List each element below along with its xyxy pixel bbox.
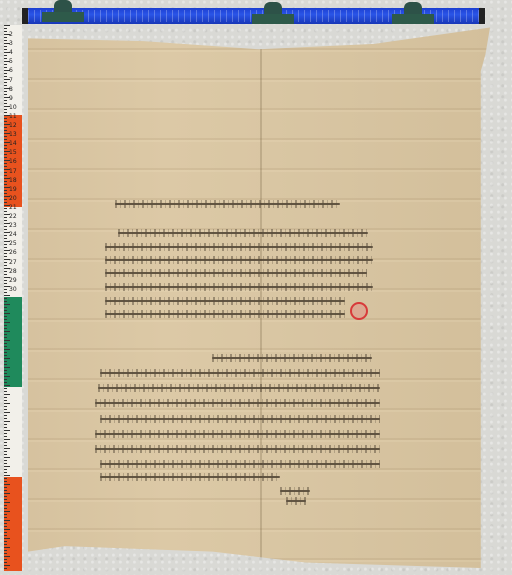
ruler-tick [4, 550, 7, 551]
ruler-tick [4, 541, 7, 542]
ruler-label: 24 [9, 231, 17, 238]
ruler-tick [4, 334, 7, 335]
ruler-tick [4, 37, 7, 38]
ruler-tick [4, 316, 7, 317]
ruler-tick [4, 229, 7, 230]
ruler-tick [4, 208, 7, 209]
ruler-label: 13 [9, 131, 17, 138]
ruler-tick [4, 559, 7, 560]
ruler-tick [4, 244, 7, 245]
ruler-tick [4, 310, 7, 311]
ruler-tick [4, 139, 7, 140]
ruler-tick [4, 382, 7, 383]
ruler-tick [4, 307, 7, 308]
ruler-tick [4, 292, 7, 293]
manuscript-page [28, 22, 490, 568]
ruler-tick [4, 517, 7, 518]
ruler-label: 8 [9, 86, 13, 93]
ruler-tick [4, 460, 7, 461]
ruler-tick [4, 427, 7, 428]
script-line [115, 203, 340, 205]
ruler-label: 21 [9, 204, 17, 211]
ruler-tick [4, 253, 7, 254]
ruler-tick [4, 433, 7, 434]
ruler-tick [4, 103, 7, 104]
script-line [105, 246, 373, 248]
ruler-tick [4, 553, 7, 554]
ruler-tick [4, 547, 10, 548]
ruler-tick [4, 352, 7, 353]
ruler-tick [4, 325, 7, 326]
ruler-tick [4, 436, 7, 437]
ruler-tick [4, 400, 7, 401]
ruler-tick [4, 295, 10, 296]
ruler-tick [4, 496, 7, 497]
script-line [100, 463, 380, 465]
ruler-label: 12 [9, 122, 17, 129]
ruler-tick [4, 235, 7, 236]
ruler-tick [4, 340, 10, 341]
ruler-label: 9 [9, 95, 13, 102]
ruler-tick [4, 361, 7, 362]
ruler-tick [4, 481, 7, 482]
ruler-label: 4 [9, 49, 13, 56]
ruler-tick [4, 475, 10, 476]
ruler-tick [4, 136, 7, 137]
ruler-tick [4, 457, 10, 458]
ruler-tick [4, 445, 7, 446]
ruler-tick [4, 190, 7, 191]
ruler-tick [4, 526, 7, 527]
ruler-tick [4, 508, 7, 509]
script-line [98, 387, 380, 389]
ruler-tick [4, 58, 7, 59]
ruler-tick [4, 85, 7, 86]
ruler-tick [4, 289, 7, 290]
ruler-label: 14 [9, 140, 17, 147]
ruler-tick [4, 163, 7, 164]
ruler-tick [4, 256, 7, 257]
ruler-tick [4, 442, 7, 443]
ruler-tick [4, 184, 7, 185]
ruler-tick [4, 478, 7, 479]
ruler-tick [4, 283, 7, 284]
ruler-tick [4, 391, 7, 392]
script-line [105, 272, 367, 274]
script-line [100, 372, 380, 374]
ruler-tick [4, 331, 10, 332]
ruler-label: 6 [9, 67, 13, 74]
ruler-tick [4, 487, 7, 488]
ruler-label: 5 [9, 58, 13, 65]
ruler-tick [4, 415, 7, 416]
ruler-label: 28 [9, 268, 17, 275]
ruler-label: 26 [9, 249, 17, 256]
ruler-label: 29 [9, 277, 17, 284]
ruler-tick [4, 409, 7, 410]
ruler-tick [4, 262, 7, 263]
ruler-tick [4, 265, 7, 266]
script-line [105, 286, 373, 288]
ruler-tick [4, 370, 7, 371]
script-line [95, 433, 380, 435]
ruler-tick [4, 493, 10, 494]
ruler-tick [4, 328, 7, 329]
clip-center [252, 2, 294, 24]
ruler-label: 20 [9, 195, 17, 202]
ruler-tick [4, 514, 7, 515]
ruler-tick [4, 73, 7, 74]
ruler-tick [4, 448, 10, 449]
ruler-tick [4, 424, 7, 425]
ruler-tick [4, 562, 7, 563]
clip-left [42, 0, 84, 22]
signature-line [280, 490, 310, 492]
ruler-tick [4, 346, 7, 347]
ruler-tick [4, 454, 7, 455]
ruler-tick [4, 490, 7, 491]
script-line [105, 259, 373, 261]
ruler-label: 11 [9, 113, 17, 120]
ruler-tick [4, 373, 7, 374]
ruler-tick [4, 220, 7, 221]
script-line [100, 418, 380, 420]
ruler-tick [4, 529, 10, 530]
ruler-tick [4, 55, 7, 56]
ruler-tick [4, 304, 10, 305]
ruler-tick [4, 175, 7, 176]
ruler-tick [4, 385, 10, 386]
ruler-tick [4, 25, 10, 26]
ruler-tick [4, 94, 7, 95]
ruler-tick [4, 76, 7, 77]
ruler-tick [4, 112, 7, 113]
ruler-tick [4, 394, 10, 395]
ruler-label: 25 [9, 240, 17, 247]
ruler-tick [4, 148, 7, 149]
ruler-tick [4, 202, 7, 203]
ruler-tick [4, 31, 7, 32]
ruler-tick [4, 166, 7, 167]
ruler-tick [4, 520, 10, 521]
ruler-label: 17 [9, 168, 17, 175]
ruler-tick [4, 274, 7, 275]
ruler-tick [4, 130, 7, 131]
ruler-tick [4, 376, 10, 377]
ruler-tick [4, 568, 7, 569]
ruler-tick [4, 532, 7, 533]
script-line [100, 476, 280, 478]
ruler-tick [4, 397, 7, 398]
ruler-tick [4, 280, 7, 281]
ruler-tick [4, 343, 7, 344]
ruler-tick [4, 100, 7, 101]
ruler-tick [4, 238, 7, 239]
ruler-tick [4, 211, 7, 212]
ruler-tick [4, 511, 10, 512]
ruler-tick [4, 505, 7, 506]
ruler-tick [4, 322, 10, 323]
ruler-label: 30 [9, 286, 17, 293]
ruler-label: 16 [9, 158, 17, 165]
measuring-scale: 2345678910111213141516171819202122232425… [4, 25, 22, 571]
ruler-tick [4, 535, 7, 536]
ruler-tick [4, 145, 7, 146]
ruler-tick [4, 217, 7, 218]
ruler-tick [4, 172, 7, 173]
ruler-tick [4, 556, 10, 557]
ruler-tick [4, 439, 10, 440]
ruler-tick [4, 484, 10, 485]
ruler-label: 19 [9, 186, 17, 193]
ruler-label: 10 [9, 104, 17, 111]
ruler-label: 18 [9, 177, 17, 184]
ruler-tick [4, 118, 7, 119]
ruler-tick [4, 271, 7, 272]
ruler-tick [4, 406, 7, 407]
ruler-tick [4, 430, 10, 431]
ruler-tick [4, 538, 10, 539]
ruler-tick [4, 364, 7, 365]
ruler-tick [4, 319, 7, 320]
script-line [118, 232, 368, 234]
ruler-tick [4, 544, 7, 545]
ruler-tick [4, 46, 7, 47]
ruler-tick [4, 418, 7, 419]
ruler-tick [4, 463, 7, 464]
ruler-tick [4, 355, 7, 356]
ruler-tick [4, 181, 7, 182]
ruler-tick [4, 472, 7, 473]
ruler-tick [4, 367, 10, 368]
ruler-tick [4, 379, 7, 380]
ruler-label: 2 [9, 31, 13, 38]
ruler-tick [4, 523, 7, 524]
ruler-tick [4, 349, 10, 350]
red-seal [350, 302, 368, 320]
ruler-tick [4, 49, 7, 50]
ruler-tick [4, 121, 7, 122]
ruler-tick [4, 301, 7, 302]
script-line [105, 313, 345, 315]
vertical-fold [260, 22, 262, 568]
ruler-tick [4, 388, 7, 389]
ruler-tick [4, 40, 7, 41]
ruler-label: 23 [9, 222, 17, 229]
ruler-tick [4, 337, 7, 338]
script-line [95, 402, 380, 404]
ruler-tick [4, 499, 7, 500]
script-line [212, 357, 372, 359]
ruler-tick [4, 469, 7, 470]
ruler-tick [4, 157, 7, 158]
ruler-tick [4, 64, 7, 65]
ruler-tick [4, 28, 7, 29]
ruler-tick [4, 154, 7, 155]
ruler-label: 15 [9, 149, 17, 156]
ruler-tick [4, 502, 10, 503]
ruler-tick [4, 226, 7, 227]
ruler-tick [4, 127, 7, 128]
ruler-label: 3 [9, 40, 13, 47]
ruler-tick [4, 565, 10, 566]
ruler-tick [4, 421, 10, 422]
ruler-tick [4, 358, 10, 359]
ruler-tick [4, 298, 7, 299]
ruler-tick [4, 193, 7, 194]
clip-right [392, 2, 434, 24]
ruler-tick [4, 412, 10, 413]
signature-line [286, 500, 306, 502]
ruler-label: 22 [9, 213, 17, 220]
ruler-tick [4, 451, 7, 452]
ruler-tick [4, 403, 10, 404]
ruler-tick [4, 82, 7, 83]
ruler-tick [4, 67, 7, 68]
ruler-tick [4, 199, 7, 200]
ruler-tick [4, 247, 7, 248]
ruler-tick [4, 109, 7, 110]
script-line [105, 300, 345, 302]
script-line [95, 448, 380, 450]
ruler-label: 27 [9, 259, 17, 266]
ruler-tick [4, 313, 10, 314]
ruler-label: 7 [9, 77, 13, 84]
ruler-tick [4, 91, 7, 92]
ruler-tick [4, 466, 10, 467]
